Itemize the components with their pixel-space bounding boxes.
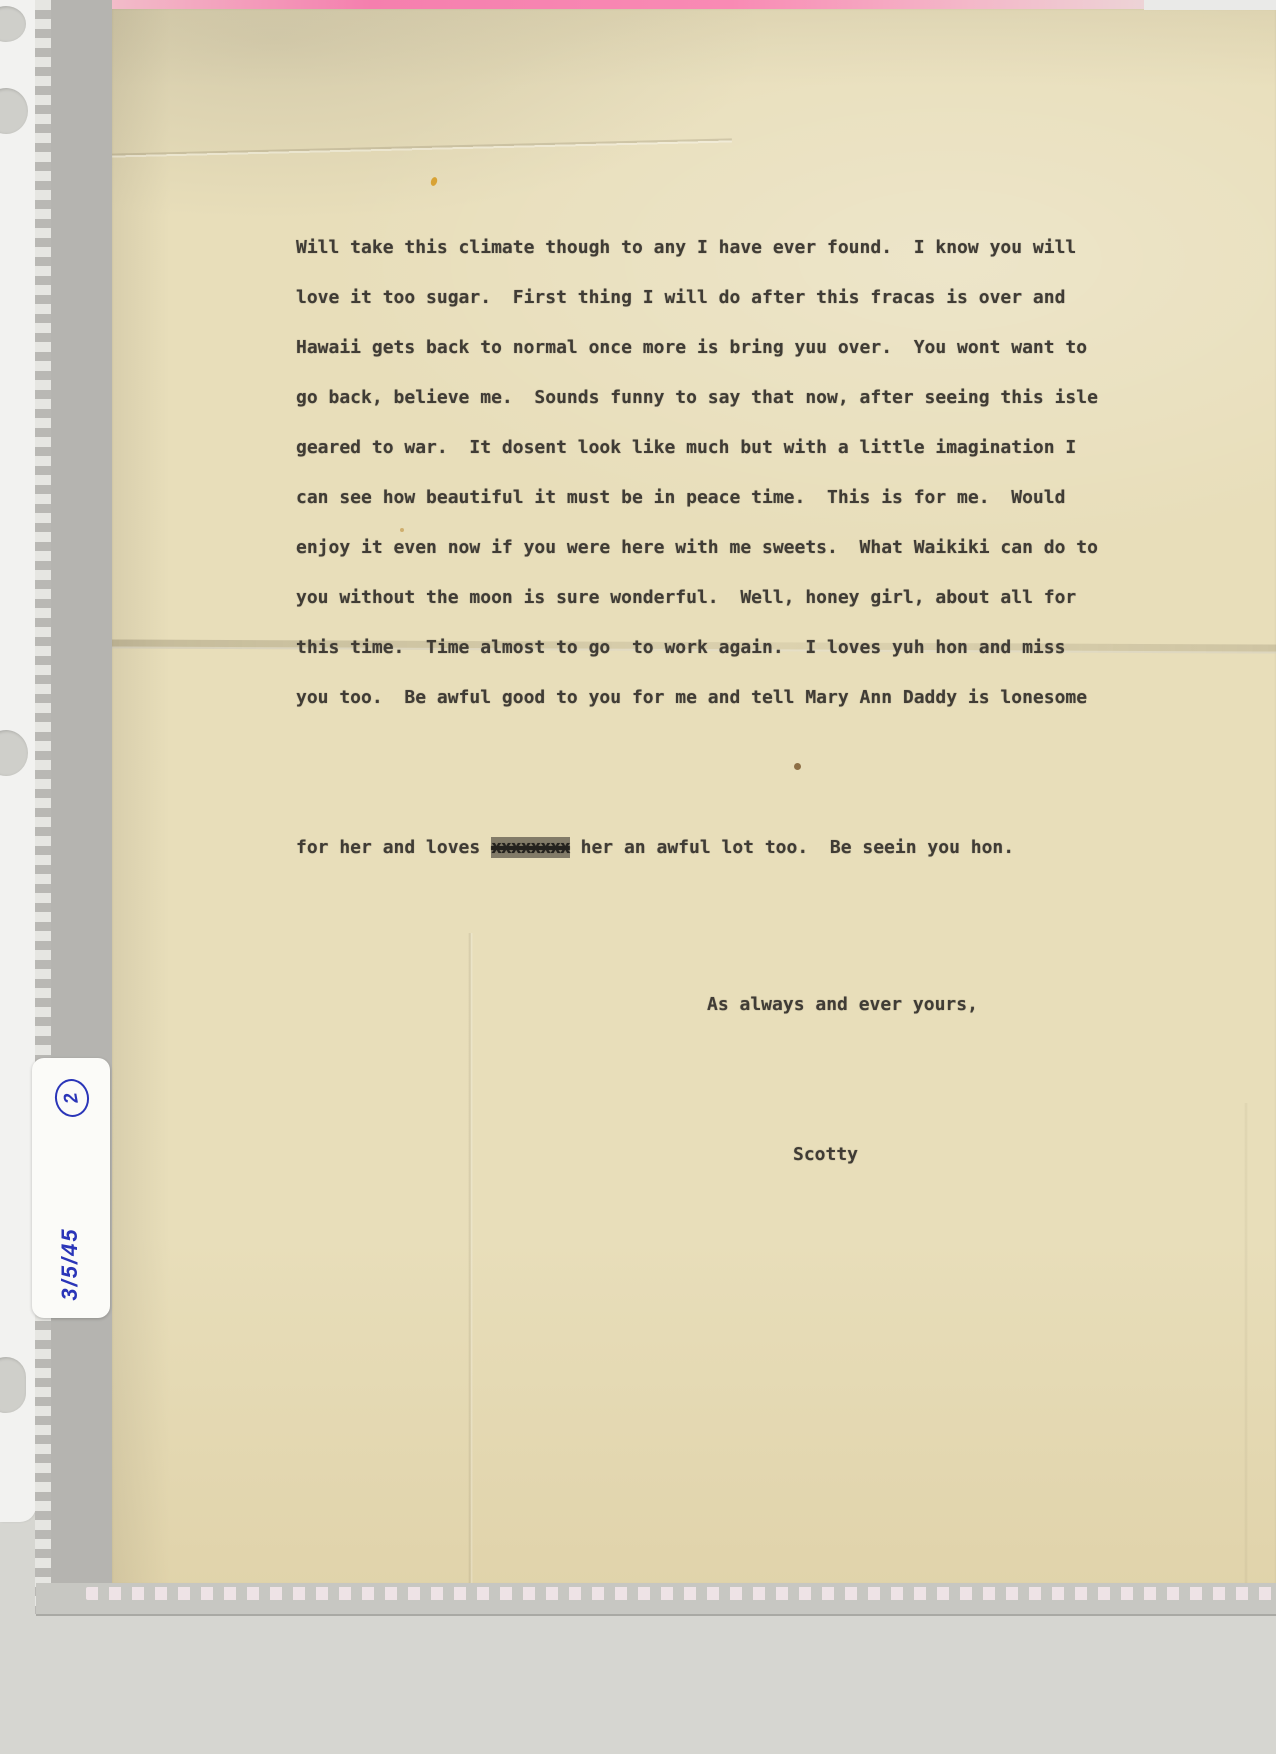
binder-hole-slot [0, 1357, 26, 1413]
letter-paper: Will take this climate though to any I h… [112, 8, 1276, 1583]
protector-bottom-seam [36, 1583, 1276, 1616]
letter-line: for her and loves xxxxxxxx her an awful … [296, 823, 1098, 873]
binder-hole-top [0, 6, 26, 42]
archival-label: 2 3/5/45 [32, 1058, 110, 1318]
top-right-edge-strip [1144, 0, 1276, 10]
letter-line: geared to war. It dosent look like much … [296, 423, 1098, 473]
letter-line: love it too sugar. First thing I will do… [296, 273, 1098, 323]
letter-line: you too. Be awful good to you for me and… [296, 673, 1098, 723]
letter-line: can see how beautiful it must be in peac… [296, 473, 1098, 523]
letter-line: enjoy it even now if you were here with … [296, 523, 1098, 573]
letter-line: go back, believe me. Sounds funny to say… [296, 373, 1098, 423]
pink-edge-strip [112, 0, 1144, 9]
protector-weld-seam-left [35, 0, 51, 1614]
letter-line: Will take this climate though to any I h… [296, 223, 1098, 273]
binder-hole-upper [0, 88, 28, 134]
binder-edge-strip [0, 0, 36, 1522]
seam-stitch-marks [86, 1587, 1276, 1600]
letter-line: you without the moon is sure wonderful. … [296, 573, 1098, 623]
letter-line-text: her an awful lot too. Be seein you hon. [570, 837, 1014, 858]
crease-line [1244, 1103, 1248, 1583]
closing-line: As always and ever yours, [296, 980, 1098, 1030]
page-number: 2 [60, 1091, 84, 1105]
page-number-circled: 2 [52, 1076, 92, 1119]
strikethrough-text: xxxxxxxx [491, 837, 570, 858]
label-date: 3/5/45 [57, 1184, 83, 1344]
signature-line: Scotty [296, 1130, 1098, 1180]
letter-line-text: for her and loves [296, 837, 491, 858]
scanned-letter-page: Will take this climate though to any I h… [0, 0, 1276, 1754]
letter-body: Will take this climate though to any I h… [296, 123, 1098, 1280]
binder-hole-middle [0, 730, 28, 776]
letter-line: Hawaii gets back to normal once more is … [296, 323, 1098, 373]
letter-paragraph: Will take this climate though to any I h… [296, 223, 1098, 723]
letter-line: this time. Time almost to go to work aga… [296, 623, 1098, 673]
